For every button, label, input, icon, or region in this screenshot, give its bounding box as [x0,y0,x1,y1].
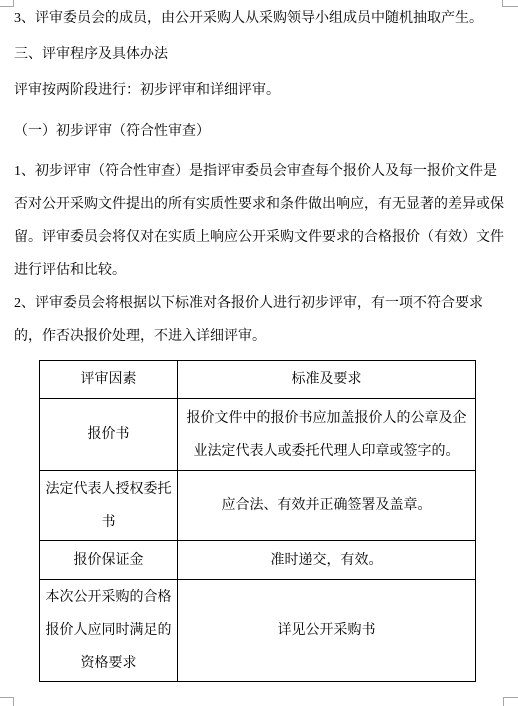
paragraph-review-criteria-intro: 2、评审委员会将根据以下标准对各报价人进行初步评审，有一项不符合要求的，作否决报… [14,287,505,353]
subsection-heading-preliminary-review: （一）初步评审（符合性审查） [14,115,505,148]
table-row: 报价书 报价文件中的报价书应加盖报价人的公章及企业法定代表人或委托代理人印章或签… [40,399,476,471]
evaluation-criteria-table: 评审因素 标准及要求 报价书 报价文件中的报价书应加盖报价人的公章及企业法定代表… [39,360,476,682]
table-cell-factor: 本次公开采购的合格报价人应同时满足的资格要求 [40,580,178,682]
crop-mark-top-left [0,0,14,7]
table-row: 本次公开采购的合格报价人应同时满足的资格要求 详见公开采购书 [40,580,476,682]
table-cell-factor: 报价保证金 [40,541,178,580]
table-header-factor: 评审因素 [40,361,178,399]
table-cell-requirement: 准时递交，有效。 [178,541,476,580]
paragraph-two-stages: 评审按两阶段进行：初步评审和详细评审。 [14,74,505,107]
table-cell-requirement: 详见公开采购书 [178,580,476,682]
table-cell-factor: 报价书 [40,399,178,471]
table-cell-requirement: 应合法、有效并正确签署及盖章。 [178,471,476,541]
table-row: 报价保证金 准时递交，有效。 [40,541,476,580]
table-cell-requirement: 报价文件中的报价书应加盖报价人的公章及企业法定代表人或委托代理人印章或签字的。 [178,399,476,471]
section-heading-review-procedure: 三、评审程序及具体办法 [14,38,505,71]
crop-mark-bottom-left [0,697,14,706]
paragraph-committee-members: 3、评审委员会的成员，由公开采购人从采购领导小组成员中随机抽取产生。 [14,2,505,35]
crop-mark-bottom-right [503,697,518,706]
document-content: 3、评审委员会的成员，由公开采购人从采购领导小组成员中随机抽取产生。 三、评审程… [14,2,505,682]
paragraph-preliminary-review-definition: 1、初步评审（符合性审查）是指评审委员会审查每个报价人及每一报价文件是否对公开采… [14,155,505,287]
table-cell-factor: 法定代表人授权委托书 [40,471,178,541]
table-header-row: 评审因素 标准及要求 [40,361,476,399]
table-row: 法定代表人授权委托书 应合法、有效并正确签署及盖章。 [40,471,476,541]
table-header-requirement: 标准及要求 [178,361,476,399]
document-page: 3、评审委员会的成员，由公开采购人从采购领导小组成员中随机抽取产生。 三、评审程… [0,0,518,706]
